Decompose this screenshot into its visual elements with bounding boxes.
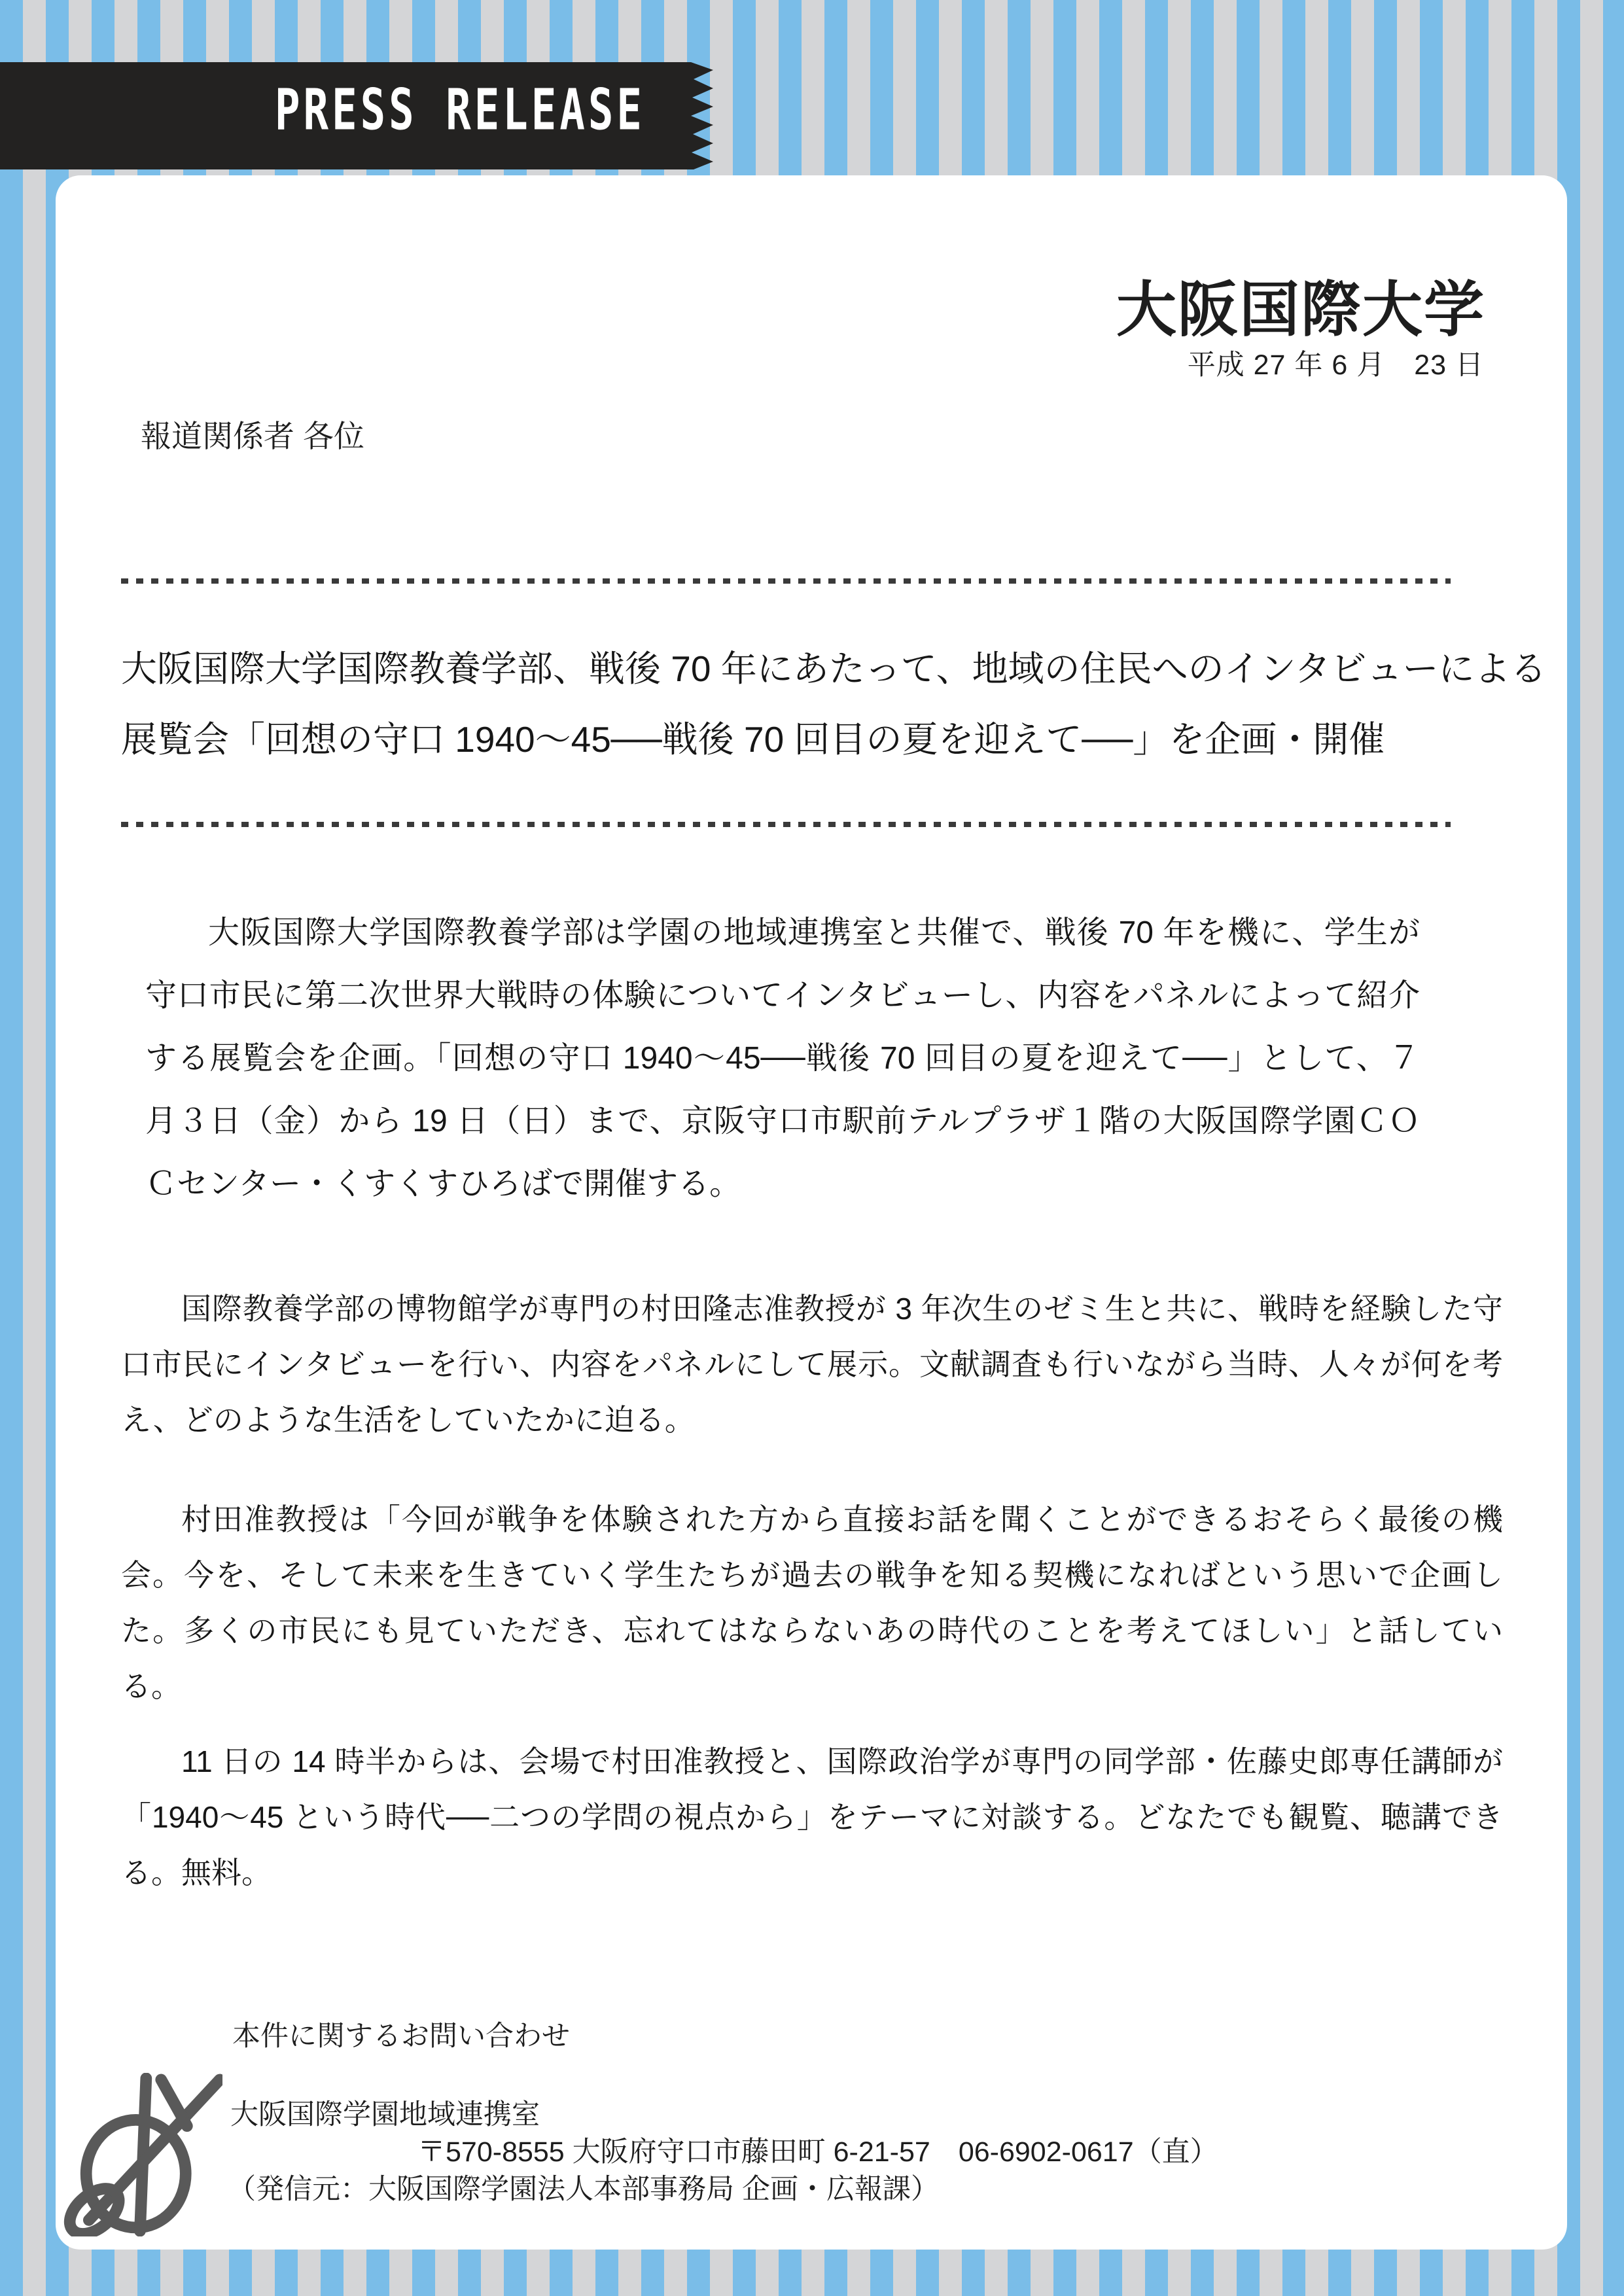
contact-office: 大阪国際学園地域連携室 xyxy=(230,2093,540,2132)
contact-heading: 本件に関するお問い合わせ xyxy=(232,2014,570,2054)
headline-line-1: 大阪国際大学国際教養学部、戦後 70 年にあたって、地域の住民へのインタビューに… xyxy=(121,633,1515,704)
university-logotype: 大阪国際大学 xyxy=(1116,262,1485,348)
press-release-page: PRESS RELEASE 大阪国際大学 平成 27 年 6 月 23 日 報道… xyxy=(0,0,1624,2296)
contact-sender: （発信元：大阪国際学園法人本部事務局 企画・広報課） xyxy=(228,2167,939,2207)
dashed-divider-top xyxy=(121,578,1451,584)
press-release-label: PRESS RELEASE xyxy=(275,78,645,143)
contact-address: 〒570-8555 大阪府守口市藤田町 6-21-57 06-6902-0617… xyxy=(417,2130,1218,2170)
release-date: 平成 27 年 6 月 23 日 xyxy=(1188,343,1484,383)
university-logo-mark xyxy=(59,2073,222,2236)
press-release-ribbon: PRESS RELEASE xyxy=(0,62,713,169)
body-paragraph-4: 11 日の 14 時半からは、会場で村田准教授と、国際政治学が専門の同学部・佐藤… xyxy=(121,1734,1503,1901)
dashed-divider-bottom xyxy=(121,822,1451,827)
body-paragraph-1: 大阪国際大学国際教養学部は学園の地域連携室と共催で、戦後 70 年を機に、学生が… xyxy=(145,902,1420,1216)
recipient-line: 報道関係者 各位 xyxy=(141,412,364,456)
headline: 大阪国際大学国際教養学部、戦後 70 年にあたって、地域の住民へのインタビューに… xyxy=(121,633,1515,775)
body-paragraph-3: 村田准教授は「今回が戦争を体験された方から直接お話を聞くことができるおそらく最後… xyxy=(121,1492,1503,1714)
headline-line-2: 展覧会「回想の守口 1940～45──戦後 70 回目の夏を迎えて──」を企画・… xyxy=(121,704,1515,775)
body-paragraph-2: 国際教養学部の博物館学が専門の村田隆志准教授が 3 年次生のゼミ生と共に、戦時を… xyxy=(121,1281,1503,1448)
